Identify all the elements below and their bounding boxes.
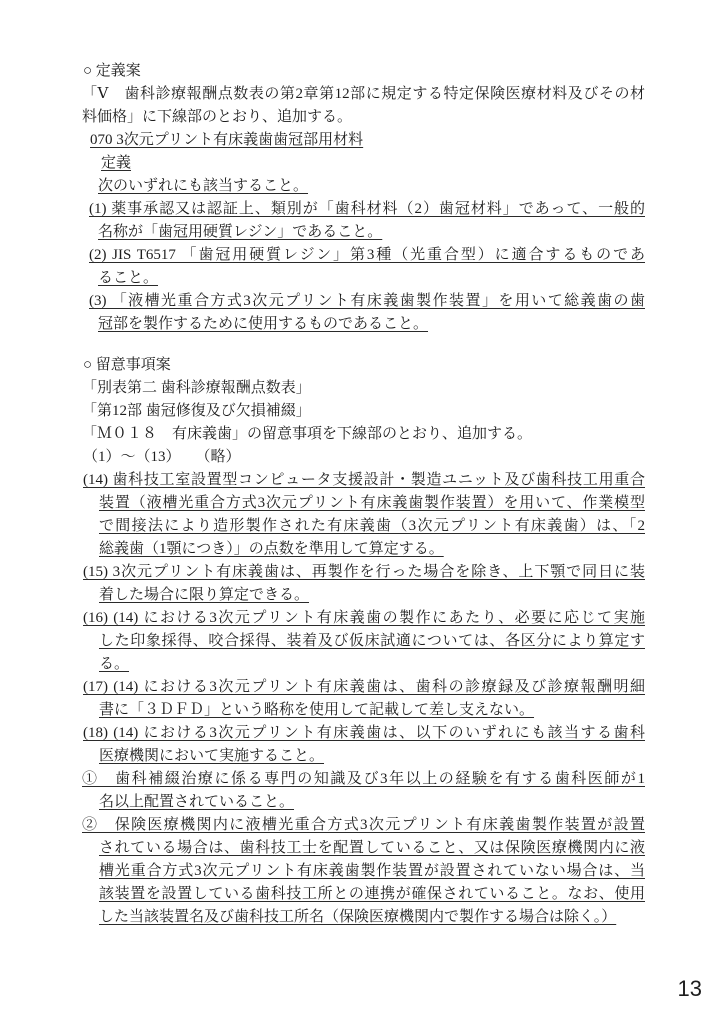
sub-item-2-line-2: されている場合は、歯科技工士を配置していること、又は保険医療機関内に液 [99,837,645,860]
section-divider-space [82,336,645,354]
item-16-line-2: した印象採得、咬合採得、装着及び仮床試適については、各区分により算定す [99,630,645,653]
notes-heading: ○ 留意事項案 [83,354,645,377]
notes-section: ○ 留意事項案 「別表第二 歯科診療報酬点数表」 「第12部 歯冠修復及び欠損補… [82,354,645,929]
sub-item-2-line-4: 該装置を設置している歯科技工所との連携が確保されていること。なお、使用 [99,883,645,906]
definition-condition-intro: 次のいずれにも該当すること。 [98,175,645,198]
definition-heading: ○ 定義案 [83,60,645,83]
item-3-line-1: (3) 「液槽光重合方式3次元プリント有床義歯製作装置」を用いて総義歯の歯 [89,290,645,313]
def-intro-line-1: 「Ⅴ 歯科診療報酬点数表の第2章第12部に規定する特定保険医療材料及びその材 [82,83,645,106]
page-number: 13 [678,976,702,1002]
omitted-items-line: （1）～（13） （略） [83,446,645,469]
document-page: ○ 定義案 「Ⅴ 歯科診療報酬点数表の第2章第12部に規定する特定保険医療材料及… [0,0,724,1024]
item-16-line-3: る。 [99,653,645,676]
document-content: ○ 定義案 「Ⅴ 歯科診療報酬点数表の第2章第12部に規定する特定保険医療材料及… [82,60,645,929]
item-15-line-2: 着した場合に限り算定できる。 [99,584,645,607]
item-17-line-2: 書に「３ＤＦＤ」という略称を使用して記載して差し支えない。 [99,699,645,722]
sub-item-2-line-3: 槽光重合方式3次元プリント有床義歯製作装置が設置されていない場合は、当 [99,860,645,883]
def-intro-line-2: 料価格」に下線部のとおり、追加する。 [82,106,645,129]
m018-ref-line: 「Ｍ０１８ 有床義歯」の留意事項を下線部のとおり、追加する。 [82,423,645,446]
item-17-line-1: (17) (14) における3次元プリント有床義歯は、歯科の診療録及び診療報酬明… [83,676,645,699]
item-2-line-1: (2) JIS T6517 「歯冠用硬質レジン」第3種（光重合型）に適合するもの… [89,244,645,267]
table-ref-line: 「別表第二 歯科診療報酬点数表」 [82,377,645,400]
definition-section: ○ 定義案 「Ⅴ 歯科診療報酬点数表の第2章第12部に規定する特定保険医療材料及… [82,60,645,336]
sub-item-1-line-1: ① 歯科補綴治療に係る専門の知識及び3年以上の経験を有する歯科医師が1 [82,768,645,791]
definition-label: 定義 [101,152,645,175]
material-code-line: 070 3次元プリント有床義歯歯冠部用材料 [90,129,645,152]
item-14-line-3: で間接法により造形製作された有床義歯（3次元プリント有床義歯）は、「2 [99,515,645,538]
item-2-line-2: ること。 [98,267,645,290]
item-1-line-2: 名称が「歯冠用硬質レジン」であること。 [98,221,645,244]
item-16-line-1: (16) (14) における3次元プリント有床義歯の製作にあたり、必要に応じて実… [83,607,645,630]
part-ref-line: 「第12部 歯冠修復及び欠損補綴」 [82,400,645,423]
item-15-line-1: (15) 3次元プリント有床義歯は、再製作を行った場合を除き、上下顎で同日に装 [83,561,645,584]
sub-item-1-line-2: 名以上配置されていること。 [99,791,645,814]
item-3-line-2: 冠部を製作するために使用するものであること。 [98,313,645,336]
item-14-line-2: 装置（液槽光重合方式3次元プリント有床義歯製作装置）を用いて、作業模型 [99,492,645,515]
sub-item-2-line-5: した当該装置名及び歯科技工所名（保険医療機関内で製作する場合は除く。） [99,906,645,929]
item-18-line-2: 医療機関において実施すること。 [99,745,645,768]
item-14-line-4: 総義歯（1顎につき）」の点数を準用して算定する。 [99,538,645,561]
item-14-line-1: (14) 歯科技工室設置型コンピュータ支援設計・製造ユニット及び歯科技工用重合 [83,469,645,492]
sub-item-2-line-1: ② 保険医療機関内に液槽光重合方式3次元プリント有床義歯製作装置が設置 [82,814,645,837]
item-18-line-1: (18) (14) における3次元プリント有床義歯は、以下のいずれにも該当する歯… [83,722,645,745]
item-1-line-1: (1) 薬事承認又は認証上、類別が「歯科材料（2）歯冠材料」であって、一般的 [89,198,645,221]
